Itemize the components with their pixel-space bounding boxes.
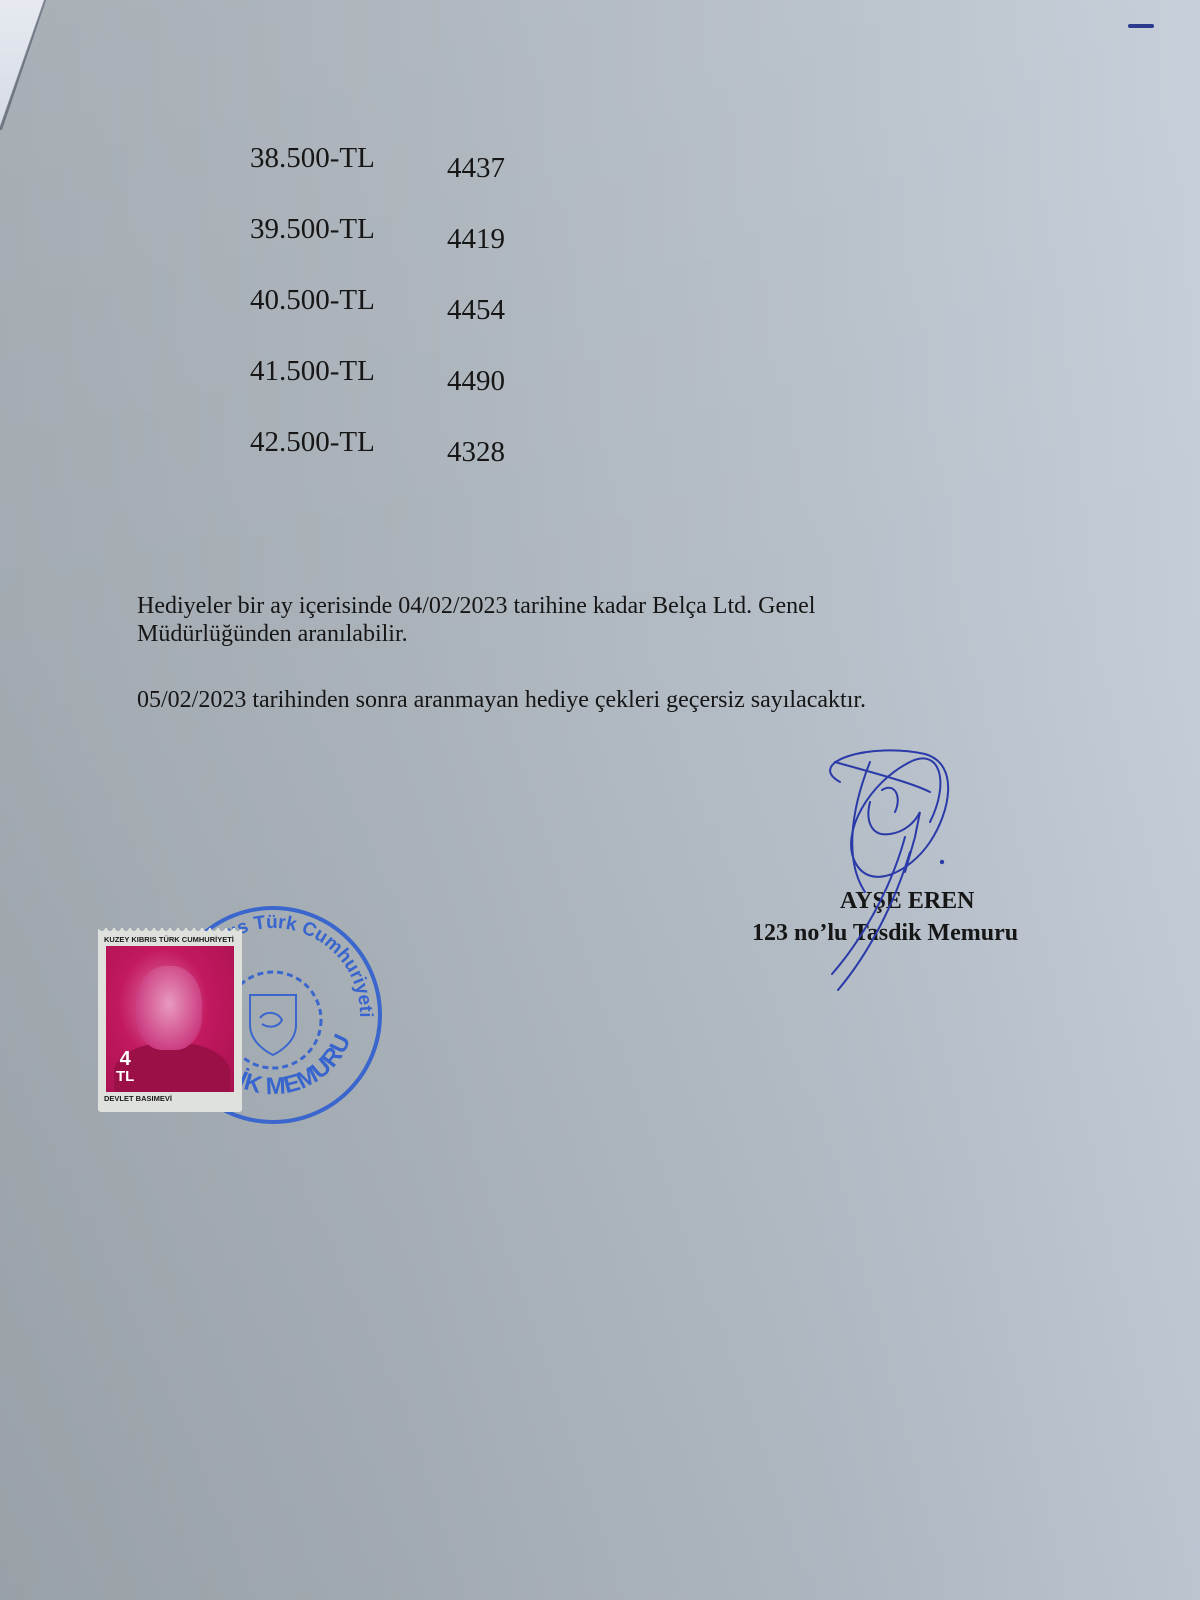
- stamp-portrait: 4 TL: [106, 946, 234, 1092]
- prize-amount: 39.500-TL: [250, 213, 375, 246]
- winning-number: 4328: [447, 436, 505, 469]
- claim-deadline-notice: Hediyeler bir ay içerisinde 04/02/2023 t…: [137, 592, 815, 648]
- winning-number: 4437: [447, 152, 505, 185]
- stamp-country: KUZEY KIBRIS TÜRK CUMHURİYETİ: [104, 935, 234, 944]
- winning-number: 4490: [447, 365, 505, 398]
- prize-amount: 38.500-TL: [250, 142, 375, 175]
- stamp-currency: TL: [116, 1068, 134, 1086]
- signature-icon: [810, 742, 980, 1002]
- paper-background: [0, 0, 1200, 1600]
- postage-stamp: KUZEY KIBRIS TÜRK CUMHURİYETİ 4 TL DEVLE…: [98, 928, 242, 1112]
- prize-amount: 40.500-TL: [250, 284, 375, 317]
- winning-number: 4419: [447, 223, 505, 256]
- winning-number: 4454: [447, 294, 505, 327]
- pen-mark: [1128, 24, 1154, 28]
- prize-amount: 41.500-TL: [250, 355, 375, 388]
- prize-amount: 42.500-TL: [250, 426, 375, 459]
- stamp-value-number: 4: [116, 1050, 134, 1068]
- expiry-notice: 05/02/2023 tarihinden sonra aranmayan he…: [137, 686, 866, 714]
- stamp-value: 4 TL: [116, 1050, 134, 1086]
- notice-line: Müdürlüğünden aranılabilir.: [137, 620, 815, 648]
- portrait-face: [136, 966, 202, 1050]
- stamp-printer: DEVLET BASIMEVİ: [104, 1094, 172, 1103]
- notice-line: Hediyeler bir ay içerisinde 04/02/2023 t…: [137, 592, 815, 620]
